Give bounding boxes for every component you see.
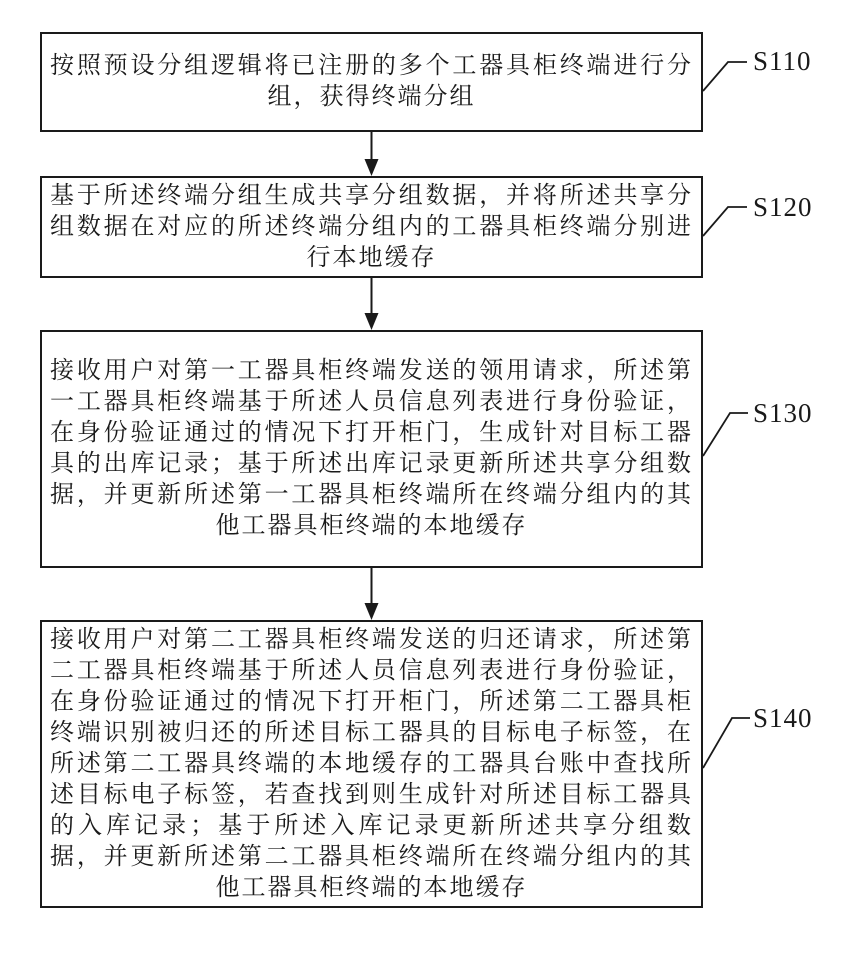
leader-line-s130 <box>703 413 748 456</box>
arrow-down-3 <box>365 568 379 620</box>
leader-line-s140 <box>703 718 750 768</box>
arrow-down-1 <box>365 132 379 176</box>
flow-step-box-s120: 基于所述终端分组生成共享分组数据，并将所述共享分组数据在对应的所述终端分组内的工… <box>40 176 703 278</box>
flow-step-text-s130: 接收用户对第一工器具柜终端发送的领用请求，所述第一工器具柜终端基于所述人员信息列… <box>42 356 701 542</box>
step-label-s140: S140 <box>753 703 813 734</box>
patent-flowchart-figure: 按照预设分组逻辑将已注册的多个工器具柜终端进行分组，获得终端分组 基于所述终端分… <box>0 0 841 958</box>
step-label-s130: S130 <box>753 398 813 429</box>
flow-step-box-s130: 接收用户对第一工器具柜终端发送的领用请求，所述第一工器具柜终端基于所述人员信息列… <box>40 330 703 568</box>
flow-step-text-s140: 接收用户对第二工器具柜终端发送的归还请求，所述第二工器具柜终端基于所述人员信息列… <box>42 625 701 904</box>
arrow-down-2 <box>365 278 379 330</box>
flow-step-box-s110: 按照预设分组逻辑将已注册的多个工器具柜终端进行分组，获得终端分组 <box>40 32 703 132</box>
step-label-s110: S110 <box>753 46 812 77</box>
flow-step-text-s110: 按照预设分组逻辑将已注册的多个工器具柜终端进行分组，获得终端分组 <box>42 51 701 113</box>
step-label-s120: S120 <box>753 192 813 223</box>
leader-line-s110 <box>703 62 747 91</box>
leader-line-s120 <box>703 207 747 236</box>
flow-step-text-s120: 基于所述终端分组生成共享分组数据，并将所述共享分组数据在对应的所述终端分组内的工… <box>42 181 701 274</box>
flow-step-box-s140: 接收用户对第二工器具柜终端发送的归还请求，所述第二工器具柜终端基于所述人员信息列… <box>40 620 703 908</box>
